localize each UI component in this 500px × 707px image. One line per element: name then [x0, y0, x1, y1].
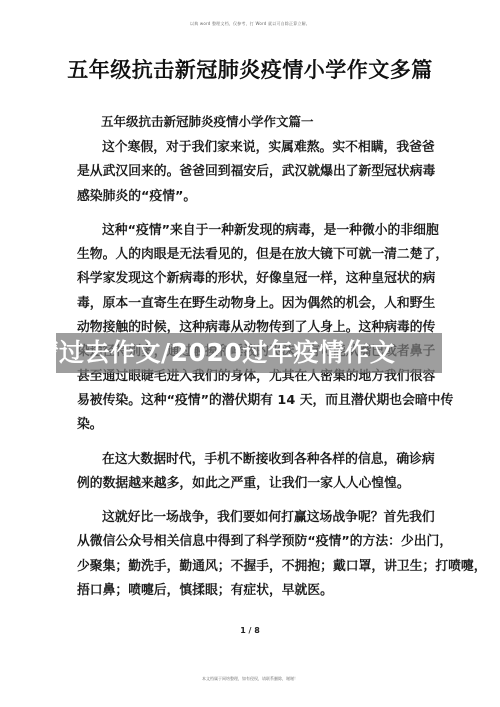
footer-note: 本文档属于网络整理，如有侵权，请联系删除，谢谢！	[0, 676, 500, 682]
paragraph-line: 少聚集；勤洗手，勤通风；不握手，不拥抱；戴口罩，讲卫生；打喷嚏，	[77, 555, 417, 579]
paragraph-line: 生物。人的肉眼是无法看见的，但是在放大镜下可就一清二楚了，	[77, 243, 417, 267]
paragraph-line: 易被传染。这种“疫情”的潜伏期有 14 天，而且潜伏期也会暗中传	[77, 389, 417, 413]
paragraph-line: 是从武汉回来的。爸爸回到福安后，武汉就爆出了新型冠状病毒	[77, 160, 417, 184]
section-subtitle: 五年级抗击新冠肺炎疫情小学作文篇一	[77, 110, 417, 134]
paragraph-line: 从微信公众号相关信息中得到了科学预防“疫情”的方法：少出门，	[77, 530, 417, 554]
paragraph-line: 科学家发现这个新病毒的形状，好像皇冠一样，这种皇冠状的病	[77, 267, 417, 291]
paragraph-line: 这个寒假，对于我们家来说，实属难熬。实不相瞒，我爸爸	[77, 136, 417, 160]
paragraph-line: 这就好比一场战争，我们要如何打赢这场战争呢？首先我们	[77, 506, 417, 530]
paragraph-line: 在这大数据时代，手机不断接收到各种各样的信息，确诊病	[77, 448, 417, 472]
paragraph-gap	[77, 438, 417, 448]
header-note: 以典 word 整理文档，仅参考，打 Word 就以可自除正算立解。	[0, 21, 500, 27]
paragraph-line: 感染肺炎的“疫情”。	[77, 185, 417, 209]
page-number: 1 / 8	[0, 626, 500, 635]
paragraph-line: 染。	[77, 413, 417, 437]
title-overlay-text: 疫情过去作文/2020过年疫情作文	[8, 338, 498, 368]
document-title: 五年级抗击新冠肺炎疫情小学作文多篇	[0, 54, 500, 84]
paragraph-gap	[77, 496, 417, 506]
paragraph-line: 这种“疫情”来自于一种新发现的病毒，是一种微小的非细胞	[77, 219, 417, 243]
paragraph-gap	[77, 209, 417, 219]
paragraph-line: 毒，原本一直寄生在野生动物身上。因为偶然的机会，人和野生	[77, 292, 417, 316]
paragraph-line: 捂口鼻；喷嚏后，慎揉眼；有症状，早就医。	[77, 579, 417, 603]
paragraph-line: 例的数据越来越多，如此之严重，让我们一家人人心惶惶。	[77, 472, 417, 496]
